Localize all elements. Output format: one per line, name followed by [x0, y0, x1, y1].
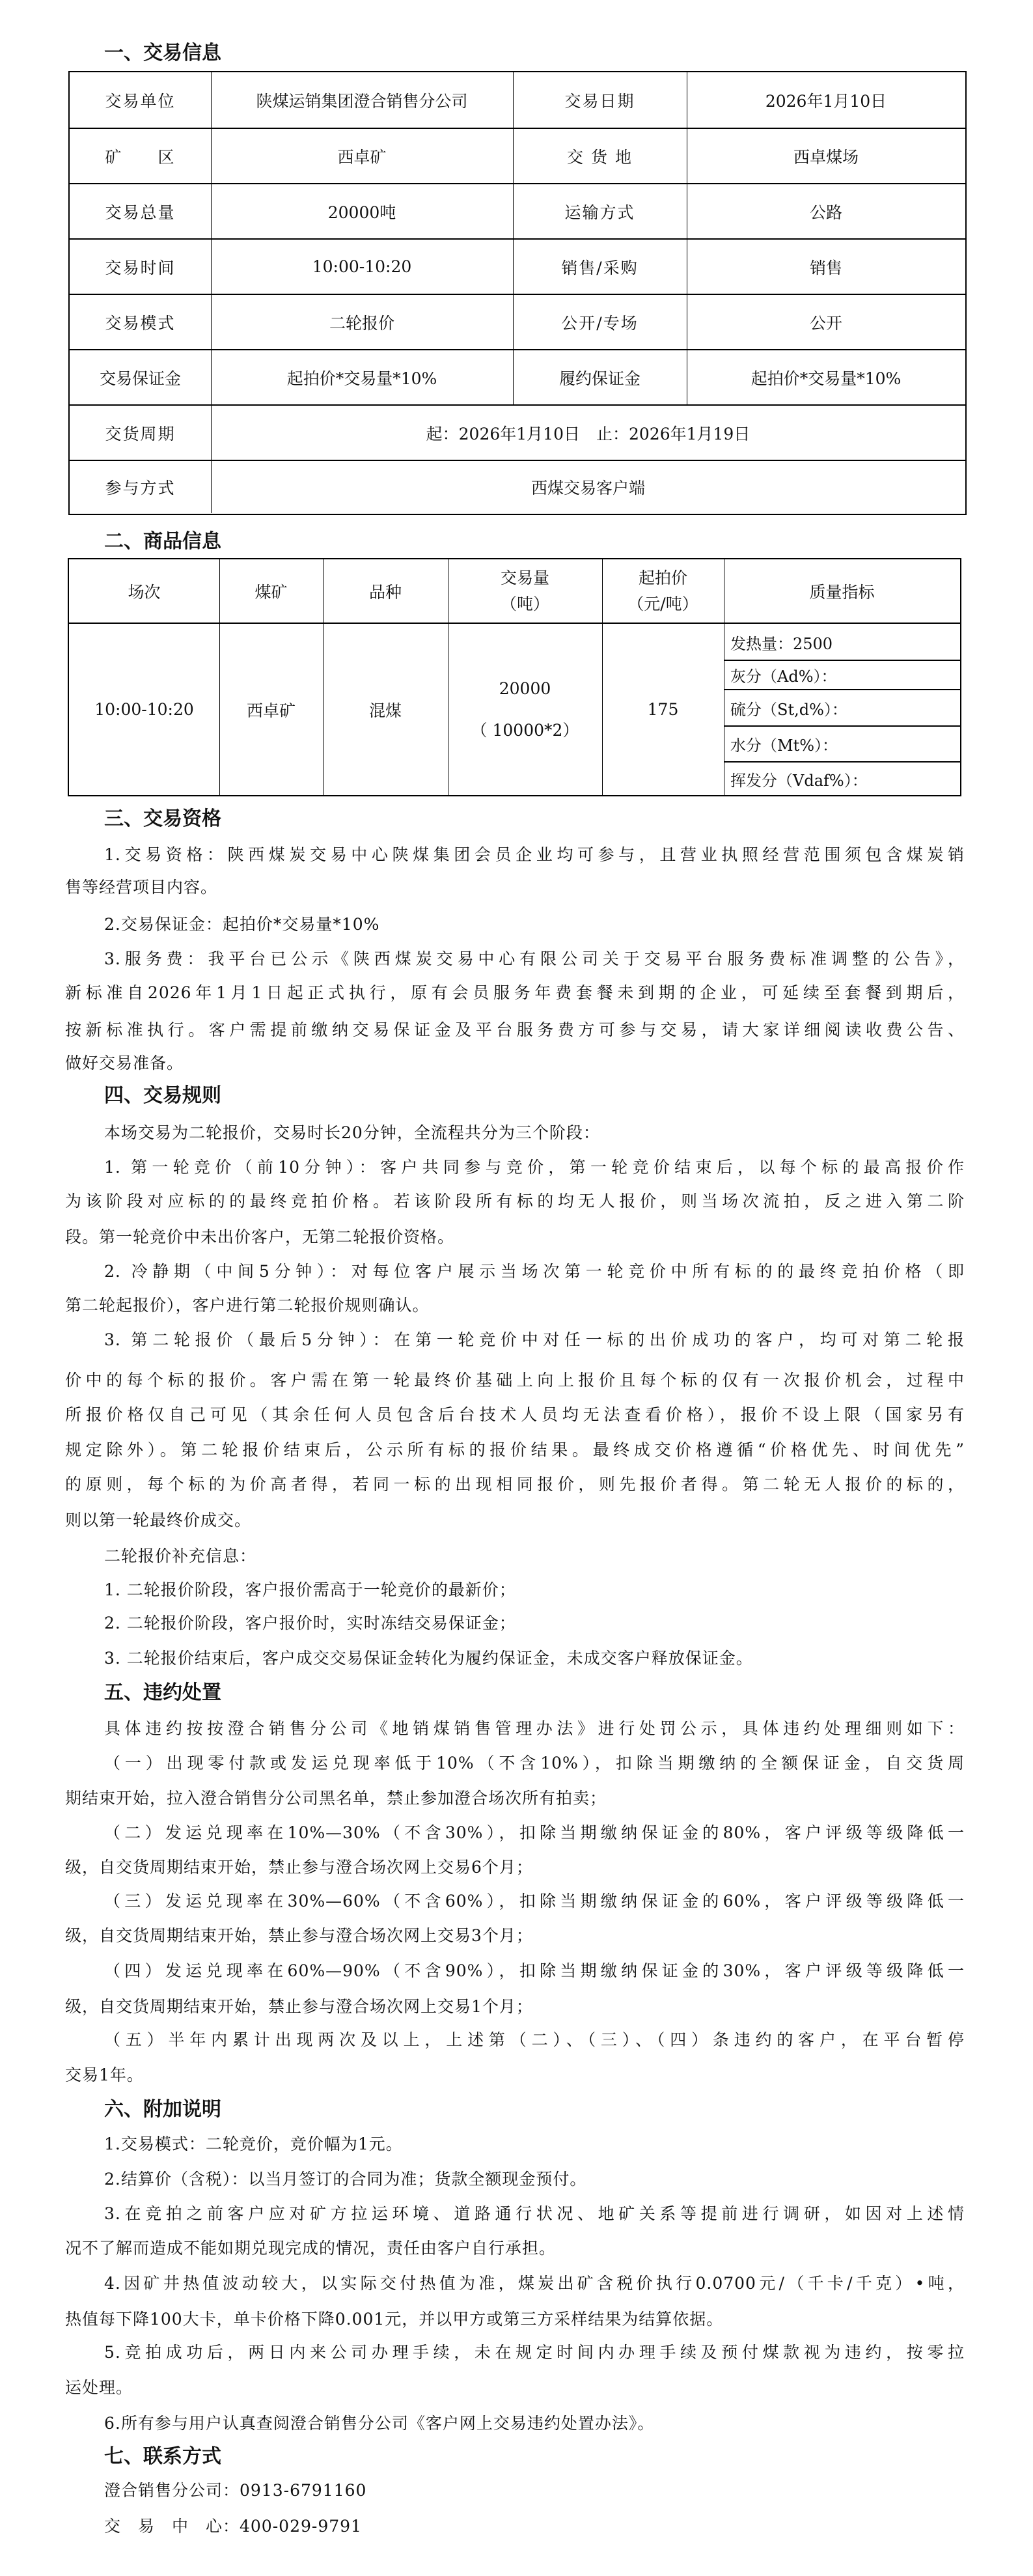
- paragraph-line: 则以第一轮最终价成交。: [65, 1507, 965, 1533]
- table-row: 交易单位 陕煤运销集团澄合销售分公司 交易日期 2026年1月10日: [70, 72, 965, 128]
- paragraph-line: 级，自交货周期结束开始，禁止参与澄合场次网上交易3个月；: [65, 1923, 965, 1949]
- label-sale-purchase: 销售/采购: [513, 240, 687, 294]
- paragraph-line: 3. 第二轮报价（最后5分钟）：在第一轮竞价中对任一标的出价成功的客户，均可对第…: [104, 1327, 965, 1353]
- section-title-goods-info: 二、商品信息: [104, 527, 221, 556]
- cell-volume: 20000 （ 10000*2）: [448, 624, 602, 795]
- paragraph-line: 段。第一轮竞价中未出价客户，无第二轮报价资格。: [65, 1224, 965, 1250]
- paragraph-line: 第二轮起报价），客户进行第二轮报价规则确认。: [65, 1293, 965, 1319]
- label-mine-area: 矿 区: [70, 129, 211, 183]
- table-header: 场次 煤矿 品种 交易量 （吨） 起拍价 （元/吨） 质量指标: [69, 559, 960, 624]
- paragraph-line: 交易1年。: [65, 2062, 965, 2088]
- cell-volume-split: （ 10000*2）: [471, 710, 579, 751]
- paragraph-line: 做好交易准备。: [65, 1050, 965, 1076]
- section-title-trade-rules: 四、交易规则: [104, 1082, 221, 1110]
- table-row: 交易总量 20000吨 运输方式 公路: [70, 183, 965, 238]
- section-title-contact: 七、联系方式: [104, 2443, 221, 2471]
- paragraph-line: （三）发运兑现率在30%—60%（不含60%），扣除当期缴纳保证金的60%，客户…: [104, 1888, 965, 1914]
- paragraph-line: （四）发运兑现率在60%—90%（不含90%），扣除当期缴纳保证金的30%，客户…: [104, 1958, 965, 1984]
- value-delivery-period: 起：2026年1月10日 止：2026年1月19日: [211, 406, 965, 460]
- paragraph-line: 2. 冷静期（中间5分钟）：对每位客户展示当场次第一轮竞价中所有标的的最终竞拍价…: [104, 1259, 965, 1285]
- value-trade-mode: 二轮报价: [211, 295, 513, 349]
- paragraph-line: （一）出现零付款或发运兑现率低于10%（不含10%），扣除当期缴纳的全额保证金，…: [104, 1750, 965, 1776]
- value-mine-area: 西卓矿: [211, 129, 513, 183]
- header-start-price: 起拍价 （元/吨）: [602, 559, 724, 623]
- paragraph-line: 1.交易模式：二轮竞价，竞价幅为1元。: [104, 2131, 965, 2157]
- paragraph-line: 本场交易为二轮报价，交易时长20分钟，全流程共分为三个阶段：: [104, 1120, 965, 1146]
- value-performance-deposit: 起拍价*交易量*10%: [687, 350, 965, 404]
- header-quality: 质量指标: [724, 559, 960, 623]
- paragraph-line: 2.结算价（含税）：以当月签订的合同为准；货款全额现金预付。: [104, 2166, 965, 2192]
- cell-volume-total: 20000: [499, 668, 551, 710]
- value-participation: 西煤交易客户端: [211, 461, 965, 513]
- goods-info-table: 场次 煤矿 品种 交易量 （吨） 起拍价 （元/吨） 质量指标 10:00-10…: [68, 558, 961, 796]
- label-performance-deposit: 履约保证金: [513, 350, 687, 404]
- label-participation: 参与方式: [70, 461, 211, 513]
- cell-start-price: 175: [602, 624, 724, 795]
- paragraph-line: 6.所有参与用户认真查阅澄合销售分公司《客户网上交易违约处置办法》。: [104, 2411, 965, 2437]
- section-title-breach-handling: 五、违约处置: [104, 1679, 221, 1707]
- quality-ash: 灰分（Ad%）：: [724, 660, 960, 690]
- value-total-volume: 20000吨: [211, 184, 513, 238]
- cell-session: 10:00-10:20: [69, 624, 219, 795]
- paragraph-line: 级，自交货周期结束开始，禁止参与澄合场次网上交易1个月；: [65, 1994, 965, 2020]
- quality-moisture: 水分（Mt%）：: [724, 726, 960, 762]
- value-trade-time: 10:00-10:20: [211, 240, 513, 294]
- paragraph-line: 况不了解而造成不能如期兑现完成的情况，责任由客户自行承担。: [65, 2235, 965, 2261]
- table-row: 10:00-10:20 西卓矿 混煤 20000 （ 10000*2） 175 …: [69, 624, 960, 795]
- label-trade-mode: 交易模式: [70, 295, 211, 349]
- paragraph-line: 规定除外）。第二轮报价结束后，公示所有标的报价结果。最终成交价格遵循“价格优先、…: [65, 1437, 965, 1463]
- label-total-volume: 交易总量: [70, 184, 211, 238]
- quality-volatile: 挥发分（Vdaf%）：: [724, 762, 960, 796]
- value-trade-date: 2026年1月10日: [687, 72, 965, 128]
- paragraph-line: 热值每下降100大卡，单卡价格下降0.001元，并以甲方或第三方采样结果为结算依…: [65, 2306, 965, 2332]
- section-title-trade-info: 一、交易信息: [104, 39, 221, 68]
- quality-list: 发热量：2500 灰分（Ad%）： 硫分（St,d%）： 水分（Mt%）： 挥发…: [724, 624, 960, 795]
- paragraph-line: 4.因矿井热值波动较大，以实际交付热值为准，煤炭出矿含税价执行0.0700元/（…: [104, 2271, 965, 2297]
- paragraph-line: 3.服务费：我平台已公示《陕西煤炭交易中心有限公司关于交易平台服务费标准调整的公…: [104, 946, 965, 972]
- label-delivery-period: 交货周期: [70, 406, 211, 460]
- label-trade-date: 交易日期: [513, 72, 687, 128]
- paragraph-line: 期结束开始，拉入澄合销售分公司黑名单，禁止参加澄合场次所有拍卖；: [65, 1785, 965, 1812]
- header-volume-line1: 交易量: [501, 565, 549, 591]
- table-row: 交易保证金 起拍价*交易量*10% 履约保证金 起拍价*交易量*10%: [70, 349, 965, 404]
- cell-mine: 西卓矿: [219, 624, 323, 795]
- paragraph-line: 2.交易保证金：起拍价*交易量*10%: [104, 912, 965, 938]
- paragraph-line: 2. 二轮报价阶段，客户报价时，实时冻结交易保证金；: [104, 1610, 965, 1636]
- cell-variety: 混煤: [323, 624, 448, 795]
- paragraph-line: 售等经营项目内容。: [65, 875, 965, 901]
- label-delivery-place: 交 货 地: [513, 129, 687, 183]
- header-volume: 交易量 （吨）: [448, 559, 602, 623]
- section-title-qualification: 三、交易资格: [104, 805, 221, 833]
- paragraph-line: 运处理。: [65, 2375, 965, 2401]
- header-mine: 煤矿: [219, 559, 323, 623]
- header-session: 场次: [69, 559, 219, 623]
- paragraph-line: （二）发运兑现率在10%—30%（不含30%），扣除当期缴纳保证金的80%，客户…: [104, 1820, 965, 1846]
- value-transport-mode: 公路: [687, 184, 965, 238]
- paragraph-line: 的原则，每个标的为价高者得，若同一标的出现相同报价，则先报价者得。第二轮无人报价…: [65, 1472, 965, 1498]
- paragraph-line: 1.交易资格：陕西煤炭交易中心陕煤集团会员企业均可参与，且营业执照经营范围须包含…: [104, 842, 965, 868]
- header-variety: 品种: [323, 559, 448, 623]
- paragraph-line: 二轮报价补充信息：: [104, 1543, 965, 1569]
- paragraph-line: 级，自交货周期结束开始，禁止参与澄合场次网上交易6个月；: [65, 1855, 965, 1881]
- table-row: 参与方式 西煤交易客户端: [70, 460, 965, 513]
- value-trade-deposit: 起拍价*交易量*10%: [211, 350, 513, 404]
- table-row: 矿 区 西卓矿 交 货 地 西卓煤场: [70, 128, 965, 183]
- table-row: 交货周期 起：2026年1月10日 止：2026年1月19日: [70, 404, 965, 460]
- contact-sales-branch: 澄合销售分公司：0913-6791160: [104, 2478, 965, 2504]
- value-public-private: 公开: [687, 295, 965, 349]
- paragraph-line: 具体违约按按澄合销售分公司《地销煤销售管理办法》进行处罚公示，具体违约处理细则如…: [104, 1716, 965, 1742]
- paragraph-line: 3. 二轮报价结束后，客户成交交易保证金转化为履约保证金，未成交客户释放保证金。: [104, 1645, 965, 1672]
- paragraph-line: 3.在竞拍之前客户应对矿方拉运环境、道路通行状况、地矿关系等提前进行调研，如因对…: [104, 2201, 965, 2227]
- value-sale-purchase: 销售: [687, 240, 965, 294]
- paragraph-line: 价中的每个标的报价。客户需在第一轮最终价基础上向上报价且每个标的仅有一次报价机会…: [65, 1367, 965, 1393]
- paragraph-line: 1. 第一轮竞价（前10分钟）：客户共同参与竞价，第一轮竞价结束后，以每个标的最…: [104, 1155, 965, 1181]
- quality-sulfur: 硫分（St,d%）：: [724, 690, 960, 726]
- paragraph-line: （五）半年内累计出现两次及以上，上述第（二）、（三）、（四）条违约的客户，在平台…: [104, 2027, 965, 2053]
- paragraph-line: 新标准自2026年1月1日起正式执行，原有会员服务年费套餐未到期的企业，可延续至…: [65, 980, 965, 1006]
- header-price-line1: 起拍价: [639, 565, 687, 591]
- trade-info-table: 交易单位 陕煤运销集团澄合销售分公司 交易日期 2026年1月10日 矿 区 西…: [68, 71, 967, 515]
- label-trade-deposit: 交易保证金: [70, 350, 211, 404]
- table-row: 交易模式 二轮报价 公开/专场 公开: [70, 294, 965, 349]
- value-delivery-place: 西卓煤场: [687, 129, 965, 183]
- table-row: 交易时间 10:00-10:20 销售/采购 销售: [70, 238, 965, 294]
- value-trade-unit: 陕煤运销集团澄合销售分公司: [211, 72, 513, 128]
- label-trade-unit: 交易单位: [70, 72, 211, 128]
- label-transport-mode: 运输方式: [513, 184, 687, 238]
- paragraph-line: 5.竞拍成功后，两日内来公司办理手续，未在规定时间内办理手续及预付煤款视为违约，…: [104, 2340, 965, 2366]
- contact-trading-center: 交 易 中 心：400-029-9791: [104, 2513, 965, 2540]
- paragraph-line: 按新标准执行。客户需提前缴纳交易保证金及平台服务费方可参与交易，请大家详细阅读收…: [65, 1017, 965, 1043]
- paragraph-line: 所报价格仅自己可见（其余任何人员包含后台技术人员均无法查看价格），报价不设上限（…: [65, 1402, 965, 1428]
- label-public-private: 公开/专场: [513, 295, 687, 349]
- label-trade-time: 交易时间: [70, 240, 211, 294]
- paragraph-line: 1. 二轮报价阶段，客户报价需高于一轮竞价的最新价；: [104, 1577, 965, 1603]
- section-title-additional-notes: 六、附加说明: [104, 2095, 221, 2124]
- header-volume-line2: （吨）: [501, 591, 549, 617]
- quality-calorific: 发热量：2500: [724, 624, 960, 660]
- paragraph-line: 为该阶段对应标的的最终竞拍价格。若该阶段所有标的均无人报价，则当场次流拍，反之进…: [65, 1188, 965, 1214]
- header-price-line2: （元/吨）: [627, 591, 698, 617]
